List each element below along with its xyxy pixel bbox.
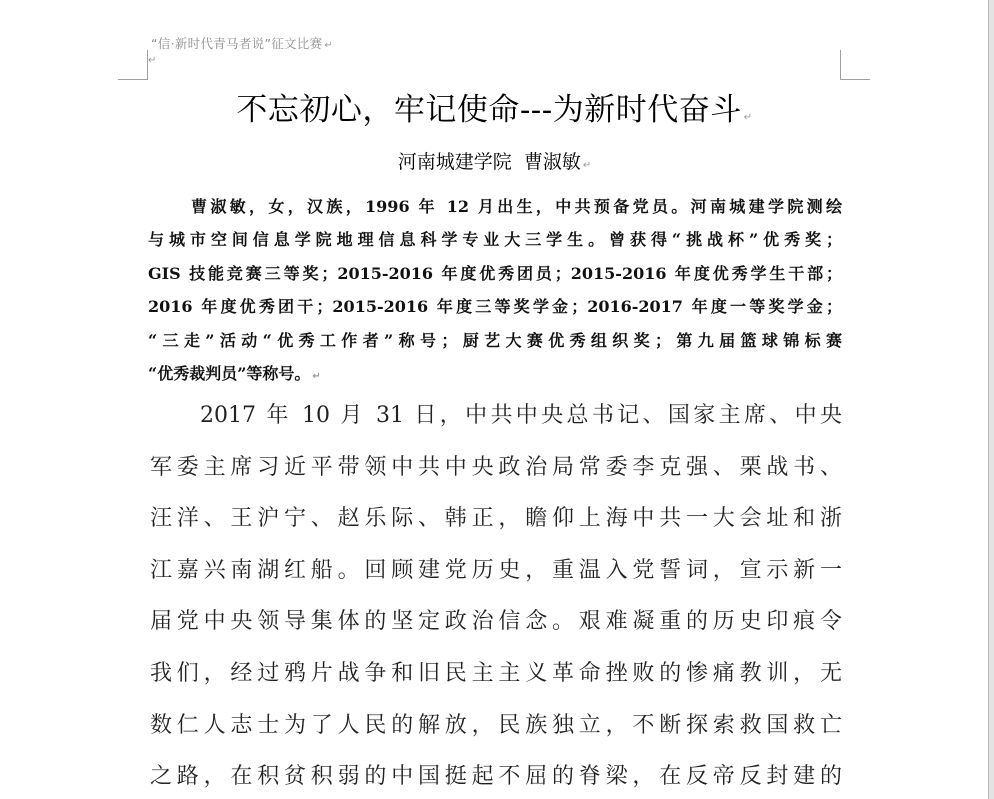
bio-line: “优秀裁判员”等称号。 [148, 364, 310, 383]
page-header[interactable]: “信·新时代青马者说”征文比赛↵ [151, 34, 333, 52]
header-text: “信·新时代青马者说”征文比赛 [151, 36, 322, 51]
body-line: 江嘉兴南湖红船。回顾建党历史，重温入党誓词，宣示新一 [150, 545, 842, 597]
body-line: 2017 年 10 月 31 日，中共中央总书记、国家主席、中央 [150, 390, 842, 442]
margin-corner-right [840, 50, 870, 80]
author-line: 河南城建学院 曹淑敏↵ [0, 147, 989, 174]
bio-line: 曹淑敏，女，汉族，1996 年 12 月出生，中共预备党员。河南城建学院测绘 [148, 190, 842, 223]
author-bio: 曹淑敏，女，汉族，1996 年 12 月出生，中共预备党员。河南城建学院测绘 与… [148, 190, 842, 390]
body-line: 军委主席习近平带领中共中央政治局常委李克强、栗战书、 [150, 442, 842, 494]
bio-line: 2016 年度优秀团干；2015-2016 年度三等奖学金；2016-2017 … [148, 290, 842, 323]
body-line: 汪洋、王沪宁、赵乐际、韩正，瞻仰上海中共一大会址和浙 [150, 493, 842, 545]
bio-line: “三走”活动“优秀工作者”称号；厨艺大赛优秀组织奖；第九届篮球锦标赛 [148, 324, 842, 357]
body-line: 届党中央领导集体的坚定政治信念。艰难凝重的历史印痕令 [150, 596, 842, 648]
paragraph-mark-icon: ↵ [312, 371, 320, 382]
document-page[interactable]: “信·新时代青马者说”征文比赛↵ ↵ 不忘初心，牢记使命---为新时代奋斗↵ 河… [0, 0, 989, 799]
author-text: 河南城建学院 曹淑敏 [398, 151, 581, 173]
paragraph-mark-icon: ↵ [324, 40, 333, 51]
body-line: 数仁人志士为了人民的解放，民族独立，不断探索救国救亡 [150, 700, 842, 752]
title-text: 不忘初心，牢记使命---为新时代奋斗 [236, 92, 741, 128]
paragraph-mark-icon: ↵ [583, 160, 591, 171]
vertical-scrollbar[interactable] [988, 0, 994, 799]
body-paragraph: 2017 年 10 月 31 日，中共中央总书记、国家主席、中央 军委主席习近平… [150, 390, 842, 799]
bio-line: GIS 技能竞赛三等奖；2015-2016 年度优秀团员；2015-2016 年… [148, 257, 842, 290]
margin-corner-left [118, 50, 148, 80]
body-line: 我们，经过鸦片战争和旧民主主义革命挫败的惨痛教训，无 [150, 648, 842, 700]
paragraph-mark-icon: ↵ [148, 55, 156, 66]
paragraph-mark-icon: ↵ [744, 112, 753, 123]
body-line: 之路，在积贫积弱的中国挺起不屈的脊梁，在反帝反封建的 [150, 751, 842, 799]
bio-line: 与城市空间信息学院地理信息科学专业大三学生。曾获得“挑战杯”优秀奖； [148, 223, 842, 256]
document-title: 不忘初心，牢记使命---为新时代奋斗↵ [0, 84, 989, 129]
bio-line-last: “优秀裁判员”等称号。↵ [148, 357, 842, 390]
